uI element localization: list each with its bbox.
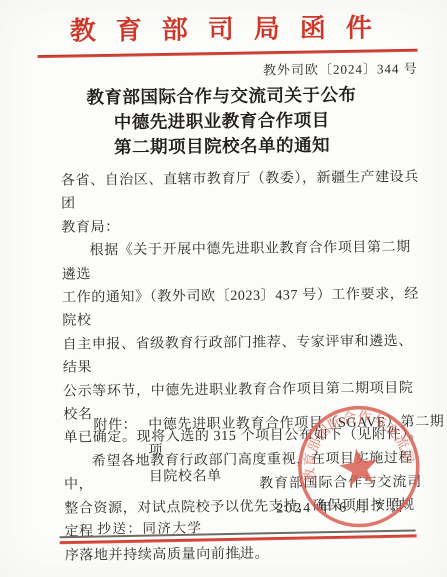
attachment-text-line1: 中德先进职业教育合作项目（SGAVE）第二期项 (148, 415, 444, 459)
body-line: 工作的通知》（教外司欧〔2023〕437 号）工作要求，经院校 (62, 283, 422, 334)
notice-title-line3: 第二期项目院校名单的通知 (0, 132, 446, 162)
letterhead-title: 教育部司局函件 (0, 7, 444, 49)
doc-number: 教外司欧〔2024〕344 号 (263, 58, 418, 79)
body-line: 序落地并持续高质量向前推进。 (65, 540, 425, 567)
body-line: 根据《关于开展中德先进职业教育合作项目第二期遴选 (61, 236, 421, 287)
notice-title: 教育部国际合作与交流司关于公布 中德先进职业教育合作项目 第二期项目院校名单的通… (0, 82, 446, 162)
attachment-text-line2: 目院校名单 (149, 469, 222, 485)
body-line: 自主申报、省级教育行政部门推荐、专家评审和遴选、结果 (62, 330, 422, 381)
signature-block: 教育部国际合作与交流司 2024 年 6 月 7 日 (259, 471, 422, 518)
issuer-name: 教育部国际合作与交流司 (259, 471, 422, 493)
scanned-letter-page: 教育部司局函件 教外司欧〔2024〕344 号 教育部国际合作与交流司关于公布 … (0, 0, 447, 577)
issue-date: 2024 年 6 月 7 日 (259, 496, 422, 518)
letterhead-rule (38, 49, 418, 58)
body-line: 各省、自治区、直辖市教育厅（教委），新疆生产建设兵团 (61, 166, 421, 217)
attachment-label: 附件： (93, 413, 138, 491)
page-number: 1 (237, 552, 242, 563)
